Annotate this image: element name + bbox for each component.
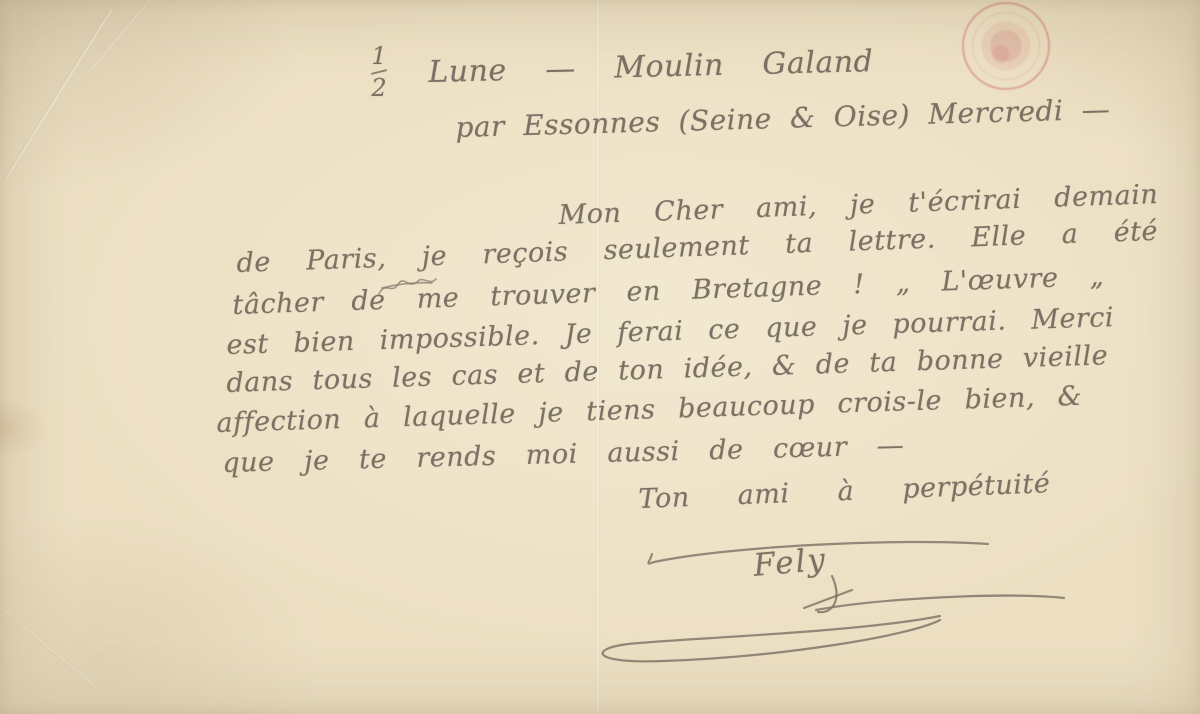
top-left-corner-crease-2 bbox=[91, 0, 150, 69]
bottom-left-corner-crease bbox=[1, 608, 94, 687]
address-line-1: Lune — Moulin Galand bbox=[428, 45, 874, 90]
half-fraction: 1 2 bbox=[364, 44, 394, 100]
body-line-7: que je te rends moi aussi de cœur — bbox=[222, 430, 905, 479]
top-left-corner-crease bbox=[3, 8, 112, 179]
red-ink-stamp bbox=[954, 0, 1058, 98]
letter-page: 1 2 Lune — Moulin Galand par Essonnes (S… bbox=[0, 0, 1200, 714]
fraction-numerator: 1 bbox=[371, 44, 386, 68]
stamp-inner-ring-icon bbox=[966, 6, 1047, 87]
signature-flourish bbox=[580, 518, 1100, 678]
address-line-2: par Essonnes (Seine & Oise) Mercredi — bbox=[455, 94, 1111, 144]
fraction-denominator: 2 bbox=[371, 76, 386, 100]
signature-name: Fely bbox=[752, 543, 828, 585]
closing-line: Ton ami à perpétuité bbox=[638, 468, 1051, 515]
